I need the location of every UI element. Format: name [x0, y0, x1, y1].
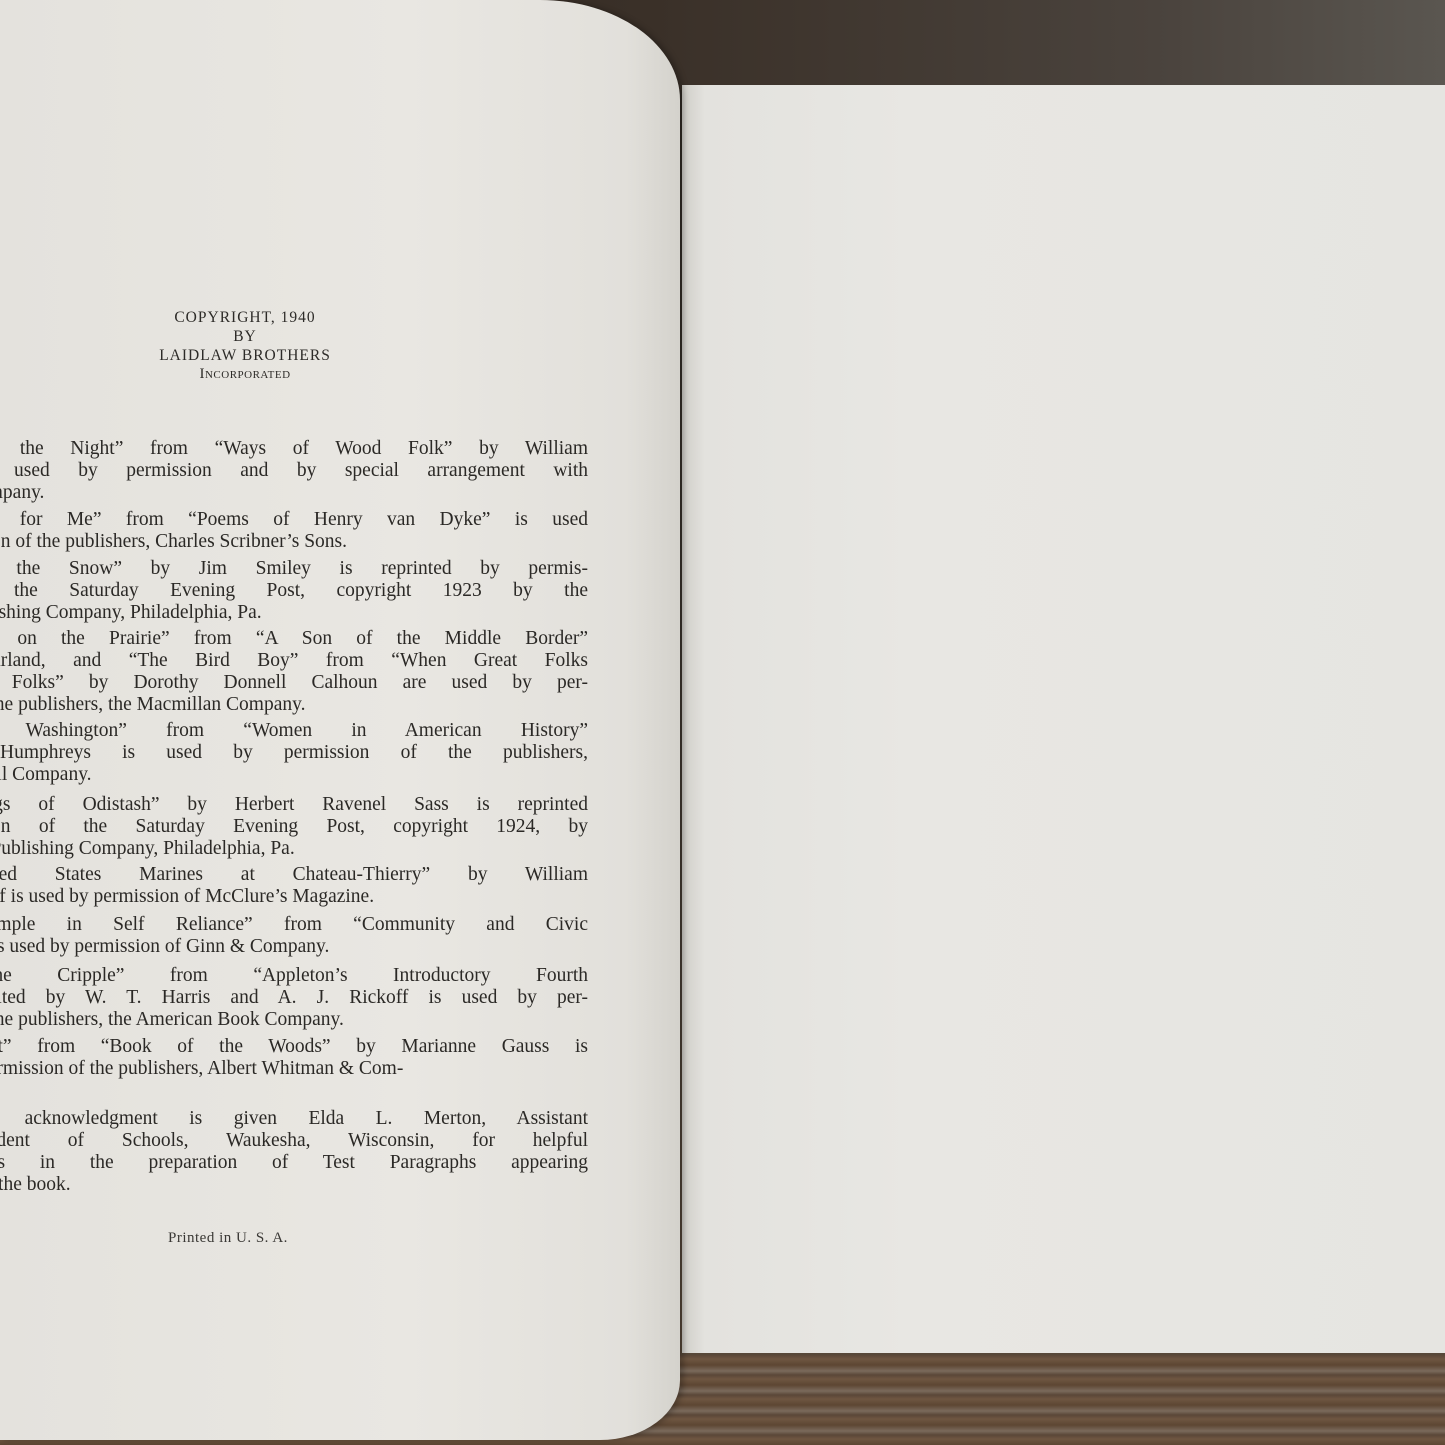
acknowledgment-paragraph: nited States Marines at Chateau-Thierry”… — [0, 864, 588, 908]
ack-line: blishing Company, Philadelphia, Pa. — [0, 602, 588, 624]
ack-line: a Washington” from “Women in American Hi… — [0, 720, 588, 742]
ack-line: g the Snow” by Jim Smiley is reprinted b… — [0, 558, 588, 580]
copyright-line: COPYRIGHT, 1940 — [100, 308, 390, 327]
right-page-contents — [682, 85, 1445, 1353]
acknowledgment-paragraph: ul acknowledgment is given Elda L. Merto… — [0, 1108, 588, 1196]
ack-line: s Publishing Company, Philadelphia, Pa. — [0, 838, 588, 860]
ack-line: sion of the publishers, Charles Scribner… — [0, 531, 588, 553]
ack-line: in the Night” from “Ways of Wood Folk” b… — [0, 438, 588, 460]
ack-line: the Saturday Evening Post, copyright 192… — [0, 580, 588, 602]
copyright-by: BY — [100, 327, 390, 346]
ack-line: f the publishers, the American Book Comp… — [0, 1009, 588, 1031]
ack-line: endent of Schools, Waukesha, Wisconsin, … — [0, 1130, 588, 1152]
ack-line: nited States Marines at Chateau-Thierry”… — [0, 864, 588, 886]
ack-line: ompany. — [0, 482, 588, 504]
ack-line: ca for Me” from “Poems of Henry van Dyke… — [0, 509, 588, 531]
publisher-name: LAIDLAW BROTHERS — [100, 346, 390, 365]
ack-line: e Folks” by Dorothy Donnell Calhoun are … — [0, 672, 588, 694]
ack-line: ul acknowledgment is given Elda L. Merto… — [0, 1108, 588, 1130]
ack-line: f the publishers, the Macmillan Company. — [0, 694, 588, 716]
left-page-copyright: COPYRIGHT, 1940 BY LAIDLAW BROTHERS Inco… — [0, 0, 680, 1440]
ack-line: edited by W. T. Harris and A. J. Rickoff… — [0, 987, 588, 1009]
acknowledgment-paragraph: ca for Me” from “Poems of Henry van Dyke… — [0, 509, 588, 553]
acknowledgment-paragraph: fe on the Prairie” from “A Son of the Mi… — [0, 628, 588, 716]
ack-line: rrill Company. — [0, 764, 588, 786]
ack-line: oot” from “Book of the Woods” by Mariann… — [0, 1036, 588, 1058]
ack-line: ut the book. — [0, 1174, 588, 1196]
ack-line: the Cripple” from “Appleton’s Introducto… — [0, 965, 588, 987]
acknowledgment-paragraph: g the Snow” by Jim Smiley is reprinted b… — [0, 558, 588, 624]
copyright-block: COPYRIGHT, 1940 BY LAIDLAW BROTHERS Inco… — [100, 308, 390, 384]
ack-line: Humphreys is used by permission of the p… — [0, 742, 588, 764]
acknowledgment-paragraph: the Cripple” from “Appleton’s Introducto… — [0, 965, 588, 1031]
ack-line: sion of the Saturday Evening Post, copyr… — [0, 816, 588, 838]
acknowledgment-paragraph: in the Night” from “Ways of Wood Folk” b… — [0, 438, 588, 504]
ack-line: ings of Odistash” by Herbert Ravenel Sas… — [0, 794, 588, 816]
ack-line: Garland, and “The Bird Boy” from “When G… — [0, 650, 588, 672]
ack-line: fe on the Prairie” from “A Son of the Mi… — [0, 628, 588, 650]
ack-line: ” is used by permission of Ginn & Compan… — [0, 936, 588, 958]
acknowledgment-paragraph: oot” from “Book of the Woods” by Mariann… — [0, 1036, 588, 1080]
ack-line: s used by permission and by special arra… — [0, 460, 588, 482]
acknowledgment-paragraph: a Washington” from “Women in American Hi… — [0, 720, 588, 786]
ack-line: xample in Self Reliance” from “Community… — [0, 914, 588, 936]
ack-line: olff is used by permission of McClure’s … — [0, 886, 588, 908]
ack-line: ons in the preparation of Test Paragraph… — [0, 1152, 588, 1174]
acknowledgment-paragraph: ings of Odistash” by Herbert Ravenel Sas… — [0, 794, 588, 860]
printed-in-usa: Printed in U. S. A. — [168, 1230, 288, 1247]
ack-line: permission of the publishers, Albert Whi… — [0, 1058, 588, 1080]
acknowledgment-paragraph: xample in Self Reliance” from “Community… — [0, 914, 588, 958]
publisher-incorporated: Incorporated — [100, 365, 390, 384]
